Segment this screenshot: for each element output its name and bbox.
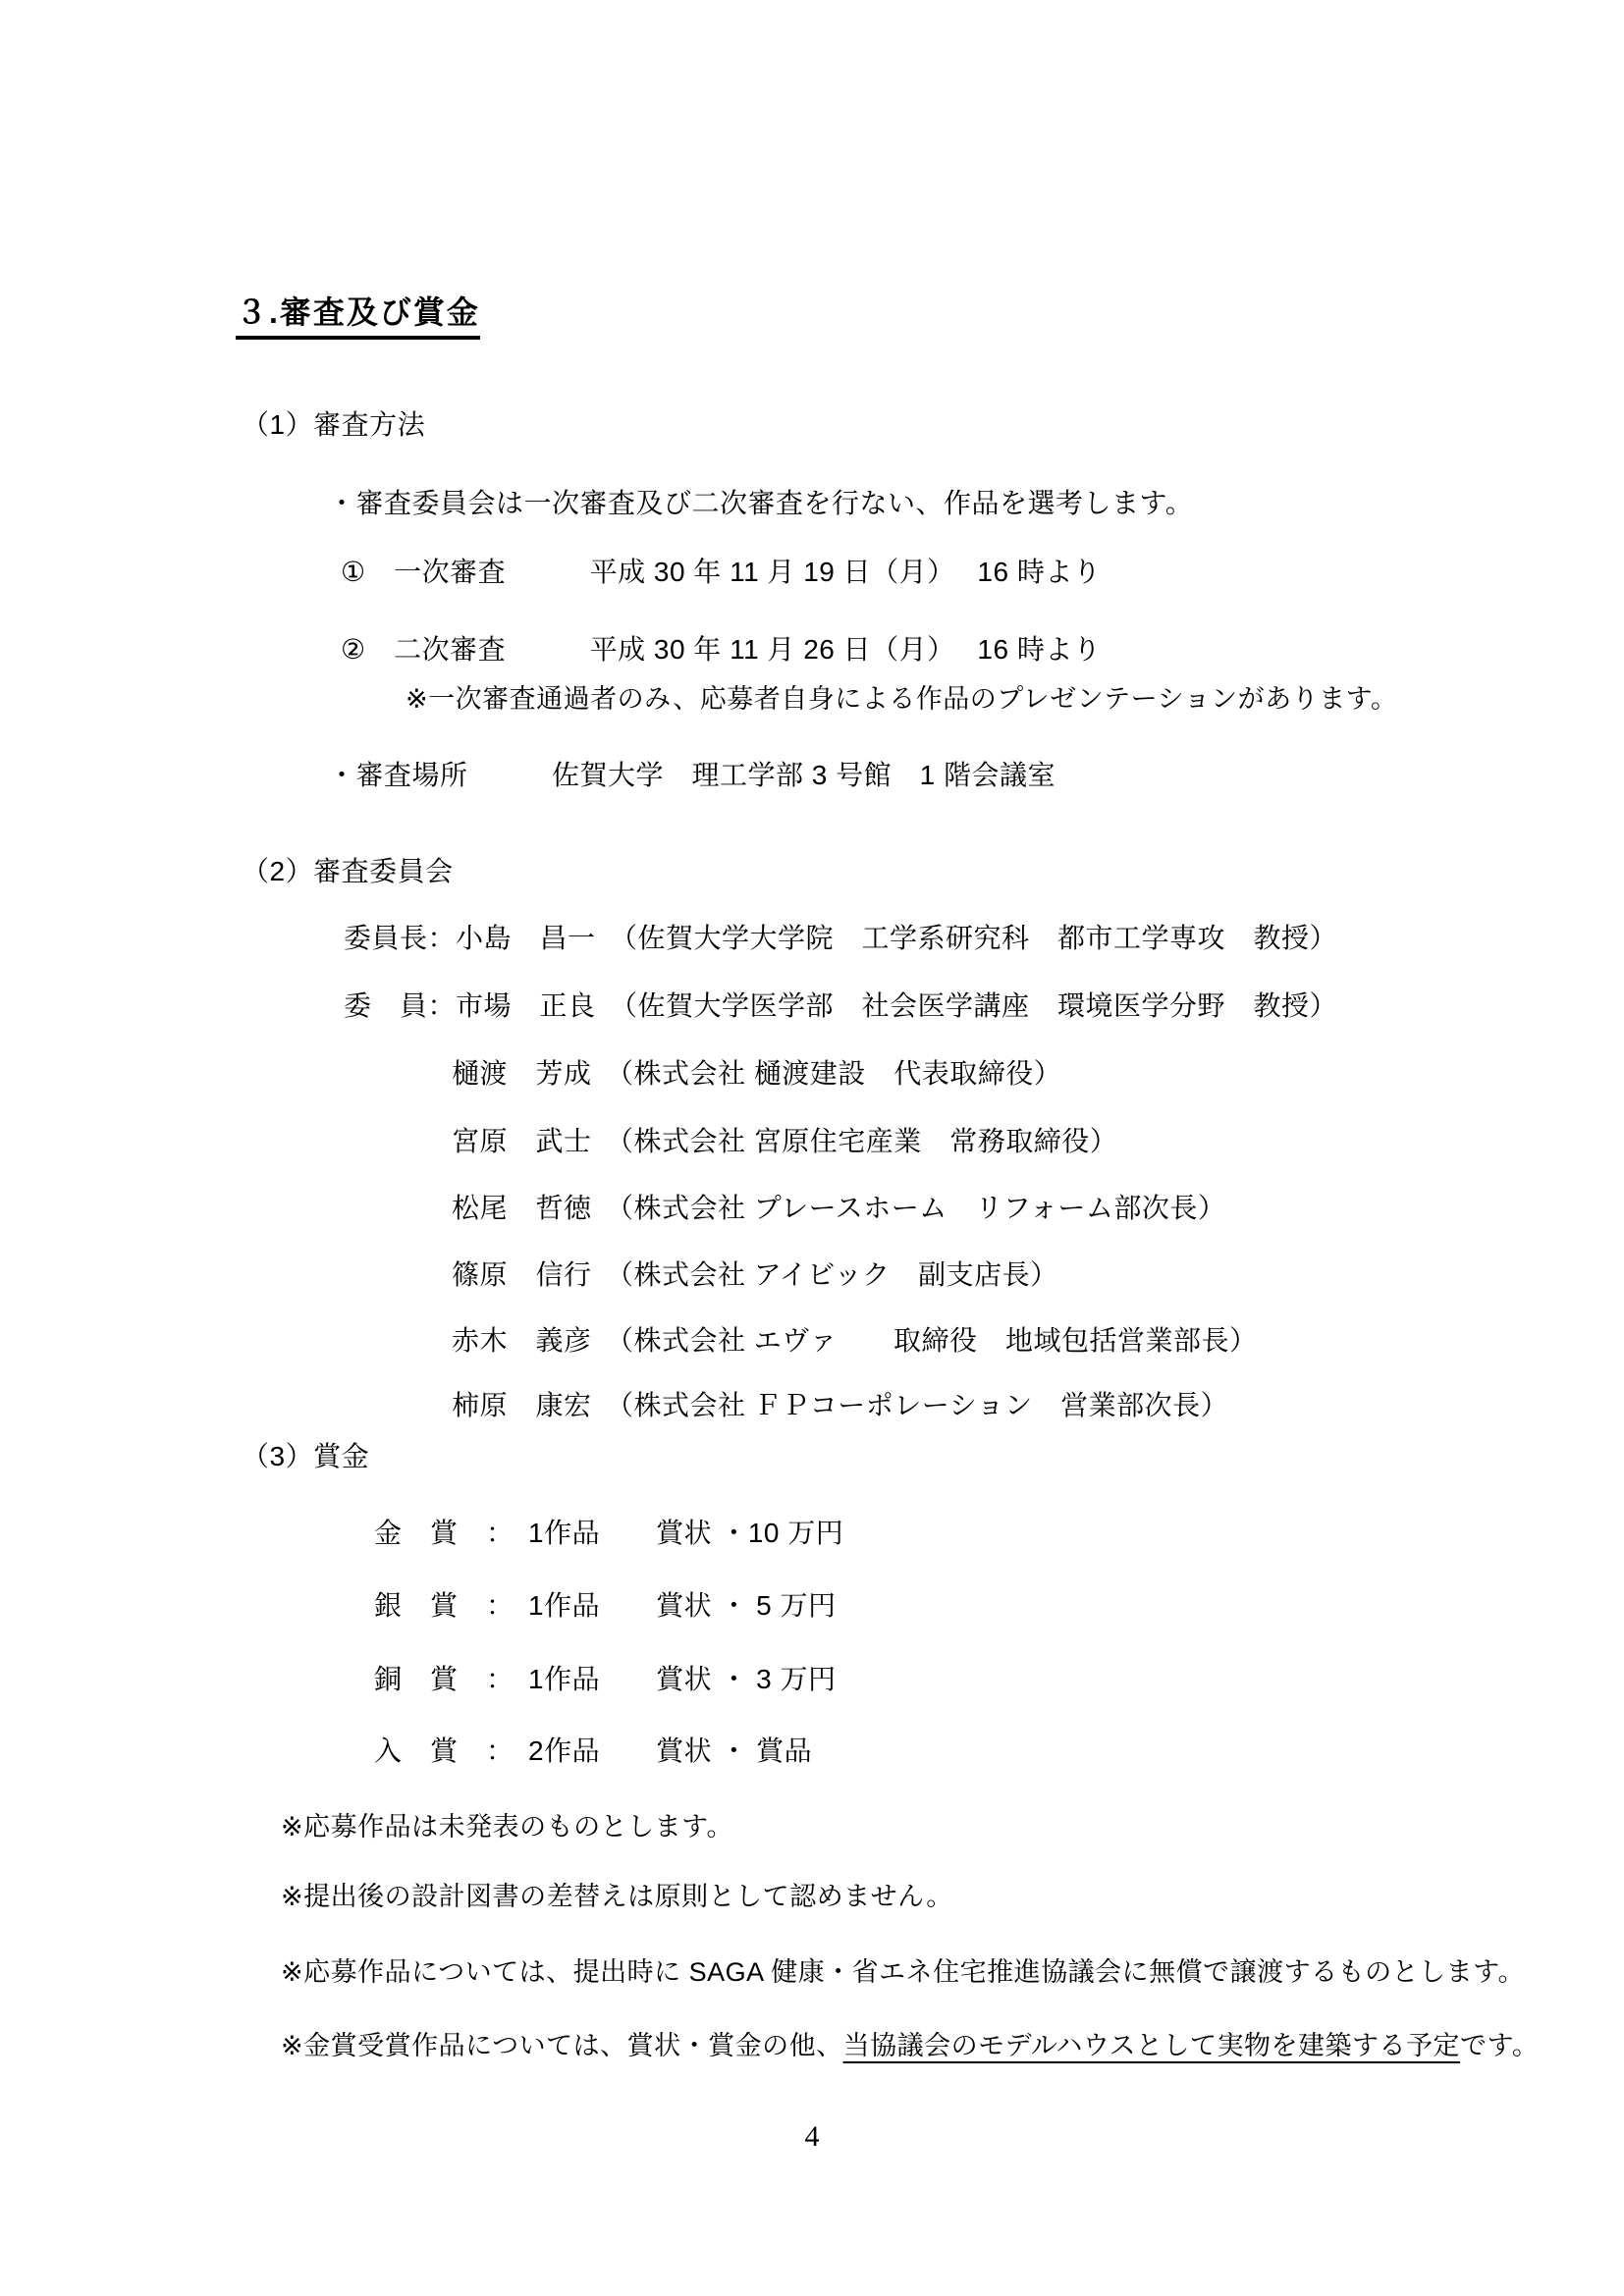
note-model-house: ※金賞受賞作品については、賞状・賞金の他、当協議会のモデルハウスとして実物を建築… [281, 2028, 1539, 2063]
subsection-1-label: （1）審査方法 [242, 407, 425, 443]
judging-place: ・審査場所 佐賀大学 理工学部 3 号館 1 階会議室 [328, 758, 1056, 793]
subsection-3-label: （3）賞金 [242, 1439, 369, 1474]
committee-member: 篠原 信行 （株式会社 アイビック 副支店長） [452, 1257, 1058, 1293]
note-model-house-underlined: 当協議会のモデルハウスとして実物を建築する予定 [843, 2031, 1460, 2060]
note-unpublished: ※応募作品は未発表のものとします。 [281, 1809, 733, 1844]
committee-member: 宮原 武士 （株式会社 宮原住宅産業 常務取締役） [452, 1124, 1117, 1159]
committee-member: 柿原 康宏 （株式会社 ＦＰコーポレーション 営業部次長） [452, 1388, 1228, 1423]
committee-member: 赤木 義彦 （株式会社 エヴァ 取締役 地域包括営業部長） [452, 1323, 1258, 1359]
committee-member: 樋渡 芳成 （株式会社 樋渡建設 代表取締役） [452, 1056, 1061, 1092]
judging-intro-text: ・審査委員会は一次審査及び二次審査を行ない、作品を選考します。 [328, 486, 1193, 521]
page-number: 4 [0, 2120, 1624, 2154]
note-model-house-suffix: です。 [1460, 2031, 1539, 2060]
subsection-2-label: （2）審査委員会 [242, 854, 454, 889]
note-model-house-prefix: ※金賞受賞作品については、賞状・賞金の他、 [281, 2031, 843, 2060]
prize-silver: 銀 賞 ： 1作品 賞状 ・ 5 万円 [374, 1588, 836, 1624]
second-judging-date: ② 二次審査 平成 30 年 11 月 26 日（月） 16 時より [341, 632, 1101, 667]
note-transfer: ※応募作品については、提出時に SAGA 健康・省エネ住宅推進協議会に無償で譲渡… [281, 1954, 1525, 1990]
first-judging-date: ① 一次審査 平成 30 年 11 月 19 日（月） 16 時より [341, 555, 1101, 590]
committee-chair: 委員長：小島 昌一 （佐賀大学大学院 工学系研究科 都市工学専攻 教授） [344, 921, 1337, 956]
presentation-note: ※一次審査通過者のみ、応募者自身による作品のプレゼンテーションがあります。 [406, 681, 1397, 717]
document-page: ３.審査及び賞金 （1）審査方法 ・審査委員会は一次審査及び二次審査を行ない、作… [0, 0, 1624, 2296]
committee-first-member: 委 員：市場 正良 （佐賀大学医学部 社会医学講座 環境医学分野 教授） [344, 988, 1337, 1024]
prize-gold: 金 賞 ： 1作品 賞状 ・10 万円 [374, 1516, 843, 1551]
section-heading: ３.審査及び賞金 [236, 294, 480, 340]
note-no-replacement: ※提出後の設計図書の差替えは原則として認めません。 [281, 1879, 953, 1914]
committee-member: 松尾 哲徳 （株式会社 プレースホーム リフォーム部次長） [452, 1191, 1225, 1226]
prize-bronze: 銅 賞 ： 1作品 賞状 ・ 3 万円 [374, 1662, 836, 1697]
prize-honorable: 入 賞 ： 2作品 賞状 ・ 賞品 [374, 1734, 812, 1769]
